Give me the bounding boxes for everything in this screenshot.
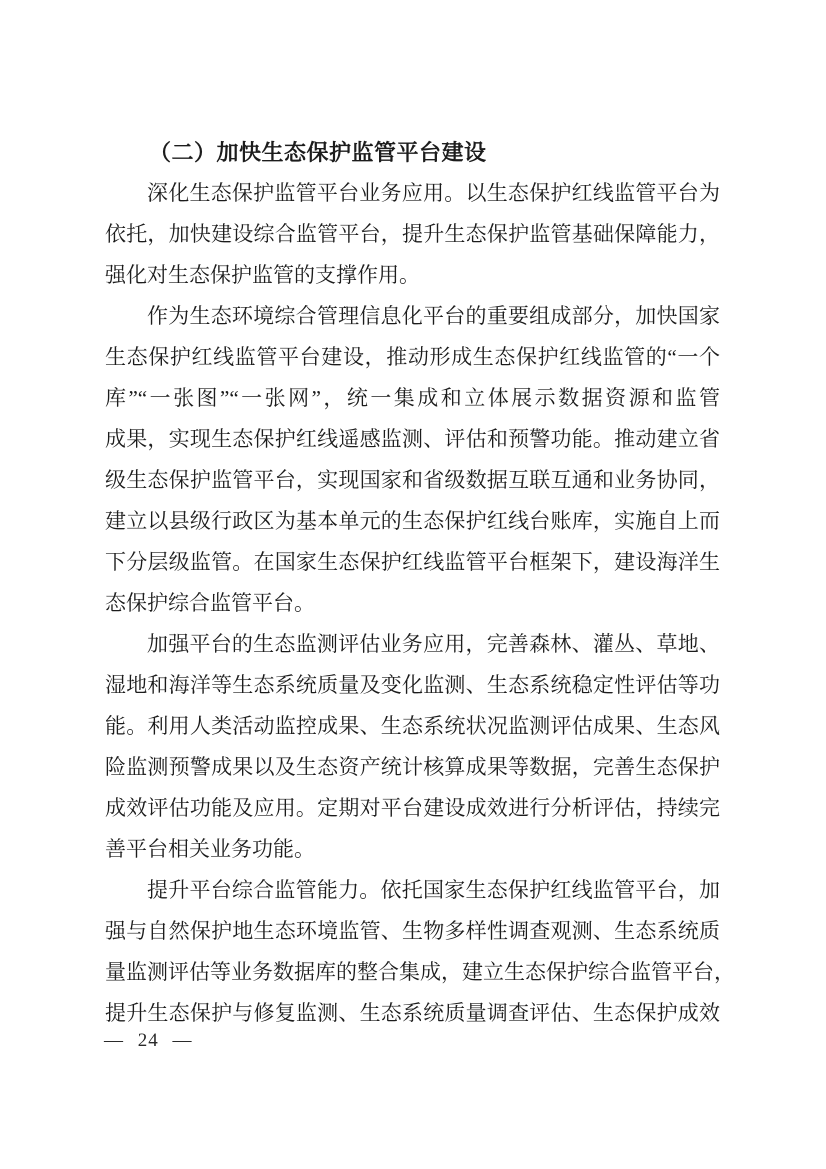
text-line: 级生态保护监管平台，实现国家和省级数据互联互通和业务协同，	[105, 460, 720, 501]
text-line: 险监测预警成果以及生态资产统计核算成果等数据，完善生态保护	[105, 747, 720, 788]
text-line: 库”“一张图”“一张网”，统一集成和立体展示数据资源和监管	[105, 378, 720, 419]
document-content: （二）加快生态保护监管平台建设 深化生态保护监管平台业务应用。以生态保护红线监管…	[105, 132, 720, 1034]
text-line: 提升生态保护与修复监测、生态系统质量调查评估、生态保护成效	[105, 993, 720, 1034]
text-line: 提升平台综合监管能力。依托国家生态保护红线监管平台，加	[105, 870, 720, 911]
paragraph: 作为生态环境综合管理信息化平台的重要组成部分，加快国家生态保护红线监管平台建设，…	[105, 296, 720, 624]
text-line: 加强平台的生态监测评估业务应用，完善森林、灌丛、草地、	[105, 624, 720, 665]
text-line: 量监测评估等业务数据库的整合集成，建立生态保护综合监管平台，	[105, 952, 720, 993]
paragraph: 深化生态保护监管平台业务应用。以生态保护红线监管平台为依托，加快建设综合监管平台…	[105, 173, 720, 296]
text-line: 建立以县级行政区为基本单元的生态保护红线台账库，实施自上而	[105, 501, 720, 542]
section-heading: （二）加快生态保护监管平台建设	[105, 132, 720, 173]
text-line: 成果，实现生态保护红线遥感监测、评估和预警功能。推动建立省	[105, 419, 720, 460]
paragraphs-container: 深化生态保护监管平台业务应用。以生态保护红线监管平台为依托，加快建设综合监管平台…	[105, 173, 720, 1034]
document-page: （二）加快生态保护监管平台建设 深化生态保护监管平台业务应用。以生态保护红线监管…	[0, 0, 826, 1169]
text-line: 湿地和海洋等生态系统质量及变化监测、生态系统稳定性评估等功	[105, 665, 720, 706]
text-line: 依托，加快建设综合监管平台，提升生态保护监管基础保障能力，	[105, 214, 720, 255]
text-line: 善平台相关业务功能。	[105, 829, 720, 870]
text-line: 下分层级监管。在国家生态保护红线监管平台框架下，建设海洋生	[105, 542, 720, 583]
text-line: 深化生态保护监管平台业务应用。以生态保护红线监管平台为	[105, 173, 720, 214]
paragraph: 加强平台的生态监测评估业务应用，完善森林、灌丛、草地、湿地和海洋等生态系统质量及…	[105, 624, 720, 870]
text-line: 成效评估功能及应用。定期对平台建设成效进行分析评估，持续完	[105, 788, 720, 829]
text-line: 强化对生态保护监管的支撑作用。	[105, 255, 720, 296]
paragraph: 提升平台综合监管能力。依托国家生态保护红线监管平台，加强与自然保护地生态环境监管…	[105, 870, 720, 1034]
text-line: 强与自然保护地生态环境监管、生物多样性调查观测、生态系统质	[105, 911, 720, 952]
page-number: — 24 —	[104, 1028, 193, 1054]
text-line: 生态保护红线监管平台建设，推动形成生态保护红线监管的“一个	[105, 337, 720, 378]
text-line: 态保护综合监管平台。	[105, 583, 720, 624]
text-line: 作为生态环境综合管理信息化平台的重要组成部分，加快国家	[105, 296, 720, 337]
text-line: 能。利用人类活动监控成果、生态系统状况监测评估成果、生态风	[105, 706, 720, 747]
